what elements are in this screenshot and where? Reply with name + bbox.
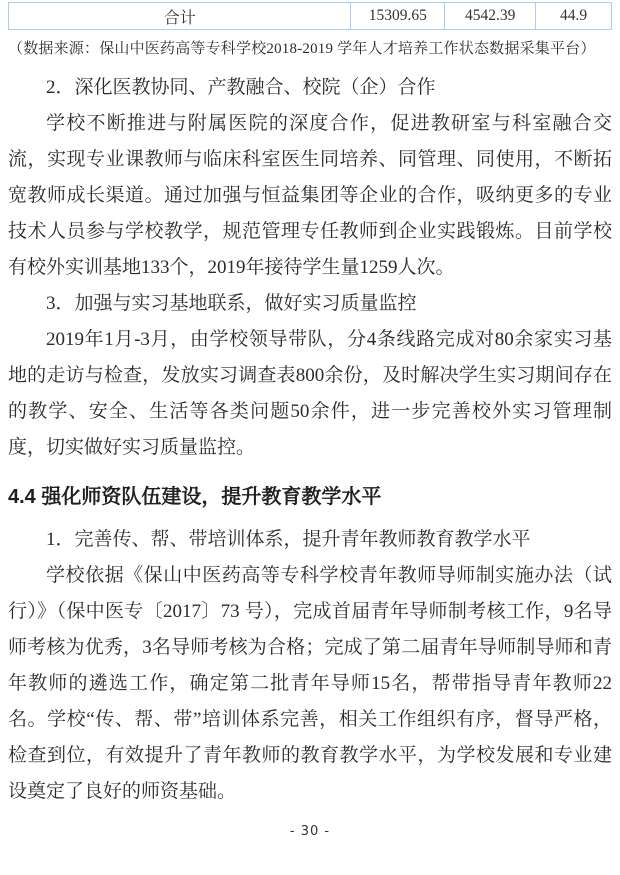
paragraph-internship-quality-monitoring: 2019年1月-3月，由学校领导带队，分4条线路完成对80余家实习基地的走访与检… xyxy=(8,322,612,466)
paragraph-mentor-training-system: 学校依据《保山中医药高等专科学校青年教师导师制实施办法（试行）》（保中医专〔20… xyxy=(8,558,612,810)
document-body: 2．深化医教协同、产教融合、校院（企）合作 学校不断推进与附属医院的深度合作，促… xyxy=(8,70,612,810)
page-number: - 30 - xyxy=(8,824,612,839)
data-source-note: （数据来源：保山中医药高等专科学校2018-2019 学年人才培养工作状态数据采… xyxy=(8,39,612,60)
table-cell-total-label: 合计 xyxy=(9,3,351,30)
subheading-item-1: 1．完善传、帮、带培训体系，提升青年教师教育教学水平 xyxy=(8,522,612,558)
subheading-item-3: 3．加强与实习基地联系，做好实习质量监控 xyxy=(8,286,612,322)
section-heading-4-4: 4.4 强化师资队伍建设，提升教育教学水平 xyxy=(8,484,612,510)
table-value-1: 15309.65 xyxy=(369,7,427,24)
paragraph-medical-education-cooperation: 学校不断推进与附属医院的深度合作，促进教研室与科室融合交流，实现专业课教师与临床… xyxy=(8,106,612,286)
table-value-3: 44.9 xyxy=(560,7,587,24)
table-cell-value-3: 44.9 xyxy=(536,3,612,30)
table-row-total: 合计 15309.65 4542.39 44.9 xyxy=(9,3,612,30)
table-cell-value-2: 4542.39 xyxy=(445,3,536,30)
table-value-2: 4542.39 xyxy=(465,7,515,24)
table-cell-value-1: 15309.65 xyxy=(351,3,445,30)
subheading-item-2: 2．深化医教协同、产教融合、校院（企）合作 xyxy=(8,70,612,106)
summary-table: 合计 15309.65 4542.39 44.9 xyxy=(8,2,612,30)
document-page: 合计 15309.65 4542.39 44.9 （数据来源：保山中医药高等专科… xyxy=(0,0,620,875)
